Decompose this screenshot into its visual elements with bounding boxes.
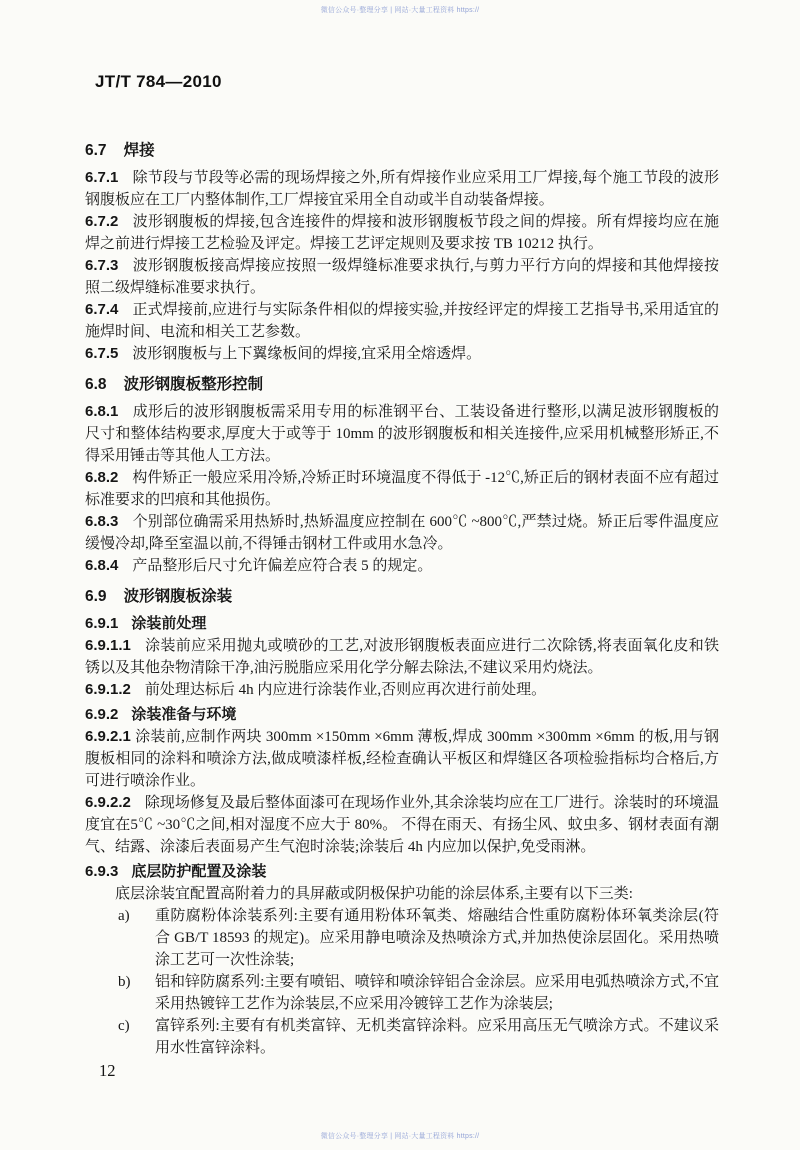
- clause-text: 前处理达标后 4h 内应进行涂装作业,否则应再次进行前处理。: [145, 682, 546, 698]
- list-text: 富锌系列:主要有有机类富锌、无机类富锌涂料。应采用高压无气喷涂方式。不建议采用水…: [155, 1018, 719, 1056]
- standard-number-header: JT/T 784—2010: [95, 72, 222, 92]
- list-marker: c): [118, 1015, 130, 1037]
- section-number: 6.7: [85, 142, 107, 159]
- subsection-number: 6.9.2: [85, 706, 118, 723]
- clause-number: 6.7.4: [85, 301, 118, 318]
- section-heading-6-7: 6.7焊接: [85, 140, 719, 162]
- clause-text: 波形钢腹板接高焊接应按照一级焊缝标准要求执行,与剪力平行方向的焊接和其他焊接按照…: [85, 258, 719, 296]
- clause-text: 涂装前应采用抛丸或喷砂的工艺,对波形钢腹板表面应进行二次除锈,将表面氧化皮和铁锈…: [85, 638, 719, 676]
- document-page: 微信公众号·整理分享 | 网站·大量工程资料 https:// JT/T 784…: [0, 0, 800, 1150]
- clause-6-7-1: 6.7.1除节段与节段等必需的现场焊接之外,所有焊接作业应采用工厂焊接,每个施工…: [85, 167, 719, 211]
- section-title: 焊接: [124, 142, 155, 159]
- subsection-heading-6-9-1: 6.9.1涂装前处理: [85, 613, 719, 635]
- watermark-top: 微信公众号·整理分享 | 网站·大量工程资料 https://: [321, 5, 480, 15]
- clause-6-9-2-2: 6.9.2.2除现场修复及最后整体面漆可在现场作业外,其余涂装均应在工厂进行。涂…: [85, 792, 719, 858]
- clause-text: 波形钢腹板的焊接,包含连接件的焊接和波形钢腹板节段之间的焊接。所有焊接均应在施焊…: [85, 214, 719, 252]
- section-heading-6-9: 6.9波形钢腹板涂装: [85, 586, 719, 608]
- subsection-title: 涂装准备与环境: [131, 706, 236, 723]
- section-number: 6.8: [85, 376, 107, 393]
- list-item-c: c)富锌系列:主要有有机类富锌、无机类富锌涂料。应采用高压无气喷涂方式。不建议采…: [85, 1015, 719, 1059]
- clause-text: 涂装前,应制作两块 300mm ×150mm ×6mm 薄板,焊成 300mm …: [85, 729, 719, 789]
- list-item-a: a)重防腐粉体涂装系列:主要有通用粉体环氧类、熔融结合性重防腐粉体环氧类涂层(符…: [85, 905, 719, 971]
- subsection-heading-6-9-2: 6.9.2涂装准备与环境: [85, 704, 719, 726]
- clause-6-7-4: 6.7.4正式焊接前,应进行与实际条件相似的焊接实验,并按经评定的焊接工艺指导书…: [85, 299, 719, 343]
- document-body: 6.7焊接 6.7.1除节段与节段等必需的现场焊接之外,所有焊接作业应采用工厂焊…: [85, 131, 719, 1059]
- clause-6-8-2: 6.8.2构件矫正一般应采用冷矫,冷矫正时环境温度不得低于 -12℃,矫正后的钢…: [85, 467, 719, 511]
- clause-number: 6.8.1: [85, 403, 118, 420]
- list-item-b: b)铝和锌防腐系列:主要有喷铝、喷锌和喷涂锌铝合金涂层。应采用电弧热喷涂方式,不…: [85, 971, 719, 1015]
- list-marker: b): [118, 971, 131, 993]
- section-title: 波形钢腹板整形控制: [124, 376, 264, 393]
- clause-number: 6.9.1.1: [85, 637, 131, 654]
- clause-number: 6.9.1.2: [85, 681, 131, 698]
- list-text: 重防腐粉体涂装系列:主要有通用粉体环氧类、熔融结合性重防腐粉体环氧类涂层(符合 …: [155, 908, 719, 968]
- list-marker: a): [118, 905, 130, 927]
- intro-paragraph: 底层涂装宜配置高附着力的具屏蔽或阴极保护功能的涂层体系,主要有以下三类:: [85, 883, 719, 905]
- clause-6-7-3: 6.7.3波形钢腹板接高焊接应按照一级焊缝标准要求执行,与剪力平行方向的焊接和其…: [85, 255, 719, 299]
- clause-text: 个别部位确需采用热矫时,热矫温度应控制在 600℃ ~800℃,严禁过烧。矫正后…: [85, 514, 719, 552]
- clause-number: 6.9.2.2: [85, 794, 131, 811]
- clause-number: 6.7.1: [85, 169, 118, 186]
- clause-text: 除节段与节段等必需的现场焊接之外,所有焊接作业应采用工厂焊接,每个施工节段的波形…: [85, 170, 719, 208]
- clause-number: 6.8.4: [85, 557, 118, 574]
- subsection-number: 6.9.1: [85, 615, 118, 632]
- clause-text: 除现场修复及最后整体面漆可在现场作业外,其余涂装均应在工厂进行。涂装时的环境温度…: [85, 795, 719, 855]
- clause-6-7-2: 6.7.2波形钢腹板的焊接,包含连接件的焊接和波形钢腹板节段之间的焊接。所有焊接…: [85, 211, 719, 255]
- section-number: 6.9: [85, 588, 107, 605]
- section-title: 波形钢腹板涂装: [124, 588, 233, 605]
- clause-6-8-1: 6.8.1成形后的波形钢腹板需采用专用的标准钢平台、工装设备进行整形,以满足波形…: [85, 401, 719, 467]
- clause-number: 6.7.2: [85, 213, 118, 230]
- subsection-title: 底层防护配置及涂装: [131, 863, 266, 880]
- clause-6-8-4: 6.8.4产品整形后尺寸允许偏差应符合表 5 的规定。: [85, 555, 719, 577]
- watermark-bottom: 微信公众号·整理分享 | 网站·大量工程资料 https://: [321, 1131, 480, 1141]
- section-heading-6-8: 6.8波形钢腹板整形控制: [85, 374, 719, 396]
- clause-6-9-1-1: 6.9.1.1涂装前应采用抛丸或喷砂的工艺,对波形钢腹板表面应进行二次除锈,将表…: [85, 635, 719, 679]
- clause-6-7-5: 6.7.5波形钢腹板与上下翼缘板间的焊接,宜采用全熔透焊。: [85, 343, 719, 365]
- clause-number: 6.8.3: [85, 513, 118, 530]
- subsection-heading-6-9-3: 6.9.3底层防护配置及涂装: [85, 861, 719, 883]
- clause-text: 构件矫正一般应采用冷矫,冷矫正时环境温度不得低于 -12℃,矫正后的钢材表面不应…: [85, 470, 719, 508]
- clause-6-9-1-2: 6.9.1.2前处理达标后 4h 内应进行涂装作业,否则应再次进行前处理。: [85, 679, 719, 701]
- clause-6-8-3: 6.8.3个别部位确需采用热矫时,热矫温度应控制在 600℃ ~800℃,严禁过…: [85, 511, 719, 555]
- clause-number: 6.7.5: [85, 345, 118, 362]
- subsection-title: 涂装前处理: [131, 615, 206, 632]
- clause-text: 正式焊接前,应进行与实际条件相似的焊接实验,并按经评定的焊接工艺指导书,采用适宜…: [85, 302, 719, 340]
- clause-number: 6.8.2: [85, 469, 118, 486]
- clause-number: 6.7.3: [85, 257, 118, 274]
- clause-text: 波形钢腹板与上下翼缘板间的焊接,宜采用全熔透焊。: [132, 346, 481, 362]
- clause-6-9-2-1: 6.9.2.1涂装前,应制作两块 300mm ×150mm ×6mm 薄板,焊成…: [85, 726, 719, 792]
- clause-text: 成形后的波形钢腹板需采用专用的标准钢平台、工装设备进行整形,以满足波形钢腹板的尺…: [85, 404, 719, 464]
- list-text: 铝和锌防腐系列:主要有喷铝、喷锌和喷涂锌铝合金涂层。应采用电弧热喷涂方式,不宜采…: [155, 974, 719, 1012]
- subsection-number: 6.9.3: [85, 863, 118, 880]
- clause-text: 产品整形后尺寸允许偏差应符合表 5 的规定。: [132, 558, 432, 574]
- page-number: 12: [99, 1061, 116, 1081]
- clause-number: 6.9.2.1: [85, 728, 131, 745]
